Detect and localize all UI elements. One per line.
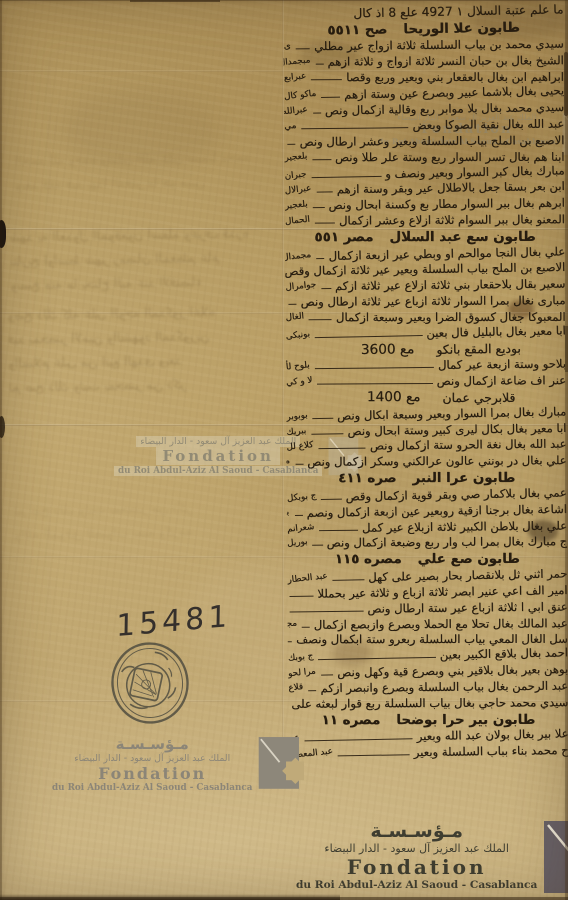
register-line-text: عنر اف ضاعة ازكمال ونص [437, 373, 566, 388]
ledger-rule-line [312, 159, 331, 160]
margin-note: بربك [287, 508, 290, 519]
ledger-rule-line [295, 515, 303, 516]
register-line: عبد المالك بغال تحلا مع الحملا وبصرع واز… [288, 614, 568, 632]
page-edge [0, 0, 568, 1]
ledger-rule-line [302, 627, 310, 628]
ledger-rule-line [290, 611, 364, 613]
margin-note: الحمال [285, 216, 310, 227]
ledger-rule-line [333, 579, 365, 581]
watermark-org-arabic-subtitle: الملك عبد العزيز آل سعود - الدار البيضاء [136, 436, 300, 447]
ledger-rule-line [311, 433, 343, 434]
foundation-logo-icon [543, 820, 568, 897]
register-line: ج مبارك بغال بمرا لب وار ربع وضبعة ازكما… [287, 533, 567, 551]
register-line-text: بلاحو وستة ازبعة عير كمال [438, 357, 566, 372]
register-line-text: قلابرجي عمان [442, 390, 515, 405]
amount-annotation: مصره ١١ [322, 712, 381, 727]
margin-note: بلعجير [284, 152, 307, 163]
ledger-rule-line [315, 64, 323, 65]
manuscript-text-column: ما علم عتبة السلال ١ 4927 علع 8 اذ كالطا… [283, 2, 568, 760]
margin-note: عبرالال [285, 185, 312, 197]
amount-annotation: مصر ٥٥١ [314, 230, 373, 245]
register-line-text: عبد المالك بغال تحلا مع الحملا وبصرع واز… [314, 616, 568, 632]
ledger-rule-line [318, 658, 435, 661]
watermark-org-french: Fondation [156, 447, 280, 465]
register-line: ح محمد بناء بباب السلسلة وبعيرعبد المعطي [288, 741, 568, 761]
bleedthrough-line: والله الموفق للصواب بمنه وكرمه [14, 520, 224, 548]
margin-note: مجمدال [285, 250, 312, 262]
bleedthrough-line: ونسخ منه ما يحتاج اليه عند الاقتضاء [10, 270, 275, 299]
ledger-rule-line [321, 675, 333, 676]
margin-note: لا و كي [286, 377, 313, 388]
bleedthrough-line: ثم صح ذلك وثبت بمحضر من ذكر [8, 371, 298, 400]
round-seal-stamp-icon [104, 636, 197, 730]
ledger-rule-line [315, 335, 422, 338]
register-line-text: الشيخ بغال بن حبان النسر ثلاثة ازواج و ث… [327, 53, 563, 68]
register-line-text: طابون عرا النبر [412, 471, 515, 486]
register-line-text: المعنو بغال ببر السوام ثلاثة ازلاع وعشر … [339, 212, 565, 227]
amount-annotation: صح ٥٥١١ [327, 22, 387, 38]
register-line-text: عبد الله بغال نقية الصوكا وبعض [412, 116, 564, 132]
ledger-rule-line [288, 144, 296, 145]
margin-note: عبرالله [284, 105, 308, 117]
bleedthrough-text: شهد به العدول الموقعون اسفله وعرف قدرهبت… [9, 222, 275, 299]
register-line-text: ح محمد بناء بباب السلسلة وبعير [414, 743, 568, 759]
amount-annotation: صره ٤١١ [338, 471, 396, 486]
margin-note: جبران [284, 170, 306, 181]
margin-note: بوبوبر [286, 411, 308, 422]
ledger-rule-line [317, 384, 432, 386]
ledger-rule-line [295, 465, 303, 466]
bleedthrough-text: ثم صح ذلك وثبت بمحضر من ذكروالله الموفق … [14, 496, 225, 548]
ledger-rule-line [313, 208, 325, 209]
page-edge [0, 0, 2, 900]
watermark-org-arabic: مـؤسـسـة [116, 735, 189, 753]
ledger-rule-line [316, 192, 332, 193]
margin-note: ج بوبك [288, 652, 314, 664]
amount-annotation: مصره ١١٥ [335, 552, 402, 567]
margin-note: قلاع الى [288, 683, 304, 695]
ledger-rule-line [311, 80, 342, 81]
margin-note: مرا لحو [288, 668, 316, 680]
register-line-text: بوديع المقع بانكو [436, 340, 521, 356]
ledger-rule-line [305, 739, 413, 742]
register-line-text: سيدي محمد حاجي بغال بياب السلسلة ربع قوا… [288, 695, 568, 711]
edge-tear [564, 52, 568, 116]
margin-note: شعرانم [287, 522, 315, 534]
register-line-text: علي بغال در بونني عالون عرالكني وسكر ازك… [307, 453, 566, 469]
bleedthrough-line: شهد به العدول الموقعون اسفله وعرف قدره [9, 222, 274, 251]
bleedthrough-line: والسلام على من اتبع الهدى وبعد [8, 347, 298, 376]
torn-notch [0, 220, 6, 248]
ledger-rule-line [313, 545, 323, 546]
register-line-text: ج مبارك بغال بمرا لب وار ربع وضبعة ازكما… [327, 534, 568, 549]
ledger-rule-line [309, 320, 332, 321]
margin-note: بونبكى [286, 330, 311, 342]
page-edge [130, 0, 220, 2]
ledger-rule-line [319, 530, 358, 531]
ledger-rule-line [318, 449, 366, 450]
margin-note: محمر [287, 457, 291, 468]
torn-notch [0, 416, 5, 438]
register-line-text: مبارى نغال بمرا السوار ثلاثة ازباع عير ث… [301, 293, 566, 309]
watermark-org-french-subtitle: du Roi Abdul-Aziz Al Saoud - Casablanca [296, 879, 537, 891]
margin-note: مبجمدال [284, 57, 311, 69]
margin-note: عبد المعطي [288, 748, 333, 761]
register-line: سيدي محمد حاجي بغال بياب السلسلة ربع قوا… [288, 693, 568, 711]
register-line: مبارى نغال بمرا السوار ثلاثة ازباع عير ث… [285, 291, 565, 309]
foundation-watermark-bottom-left: مـؤسـسـة الملك عبد العزيز آل سعود - الدا… [52, 735, 304, 793]
watermark-org-arabic: مـؤسـسـة [370, 820, 463, 842]
watermark-org-french: Fondation [98, 764, 206, 783]
register-line-text: عنق ابي ا ثلاثة ازباع عير ستة ارطال ونص [367, 599, 567, 615]
bleedthrough-line: ثم صح ذلك وثبت بمحضر من ذكر [14, 496, 224, 524]
watermark-org-arabic-subtitle: الملك عبد العزيز آل سعود - الدار البيضاء [324, 842, 509, 855]
register-line: علي بغال در بونني عالون عرالكني وسكر ازك… [287, 452, 567, 470]
register-line-text: الاصبع بن الملح بياب السلسلة وبعير وعشر … [300, 133, 565, 149]
ledger-rule-line [321, 499, 341, 500]
page-edge [0, 894, 340, 900]
margin-note: جوامرال [285, 281, 316, 293]
register-line: عنق ابي ا ثلاثة ازباع عير ستة ارطال ونص [287, 597, 567, 616]
ledger-rule-line [315, 223, 335, 224]
margin-note: عبد الحطار [287, 572, 328, 585]
watermark-org-french-subtitle: du Roi Abdul-Aziz Al Saoud - Casablanca [52, 783, 252, 793]
margin-note: بلوح لأ [286, 362, 310, 373]
margin-note: عبرابع [284, 72, 307, 83]
margin-note: ماكو كال [284, 90, 317, 102]
bleedthrough-line: قيد بمحضر الامين والشهود المذكورين [8, 323, 298, 352]
margin-note: ى [284, 42, 291, 52]
bleedthrough-text: وصح ذلك كله على الوجه المذكور اعلاهقيد ب… [7, 299, 299, 400]
ledger-rule-line [317, 258, 325, 259]
register-line: عنر اف ضاعة ازكمال ونصلا و كي [286, 371, 566, 389]
register-line: عبد الله بغال نقية الصوكا وبعضمي [284, 114, 564, 133]
bleedthrough-line: وبعد فقد قيد بهذا الدفتر ما هو مبين [15, 170, 265, 198]
ledger-rule-line [313, 113, 321, 114]
ledger-rule-line [313, 418, 334, 419]
bleedthrough-line: الحمد لله وحده وصلى الله على سيدنا محمد [15, 146, 265, 174]
ledger-rule-line [308, 691, 316, 692]
ledger-rule-line [296, 49, 310, 50]
bleedthrough-line: وصح ذلك كله على الوجه المذكور اعلاه [7, 299, 297, 328]
margin-note: ببريك [286, 426, 306, 437]
margin-note: ج بوبكل [287, 492, 317, 504]
register-line: الشيخ بغال بن حبان النسر ثلاثة ازواج و ث… [284, 51, 564, 69]
ledger-rule-line [288, 642, 292, 643]
bleedthrough-text: الحمد لله وحده وصلى الله على سيدنا محمدو… [15, 146, 266, 198]
register-line: المعنو بغال ببر السوام ثلاثة ازلاع وعشر … [285, 210, 565, 228]
margin-note: مي [284, 122, 297, 132]
margin-note: بوريل [287, 538, 308, 549]
watermark-org-french: Fondation [347, 855, 487, 879]
ledger-rule-line [311, 176, 381, 178]
manuscript-page: الحمد لله وحده وصلى الله على سيدنا محمدو… [0, 0, 568, 900]
ledger-rule-line [301, 127, 408, 129]
amount-annotation: مع 1400 [367, 389, 420, 405]
register-line: الاصبع بن الملح بياب السلسلة وبعير وعشر … [284, 131, 564, 149]
ledger-rule-line [338, 755, 410, 757]
paper-stain [60, 90, 220, 170]
margin-note: بلعجير [285, 200, 308, 211]
margin-note: مجبل ال [288, 619, 297, 631]
ledger-rule-line [321, 289, 331, 290]
watermark-org-arabic-subtitle: الملك عبد العزيز آل سعود - الدار البيضاء [74, 753, 230, 764]
ledger-rule-line [289, 304, 297, 305]
margin-note: كلاع لل [286, 441, 313, 453]
ledger-rule-line [315, 368, 434, 370]
margin-note: عم [288, 734, 300, 744]
bleedthrough-line: بتاريخ اواسط شهر رمضان المعظم عام [10, 246, 275, 275]
foundation-watermark-bottom-right: مـؤسـسـة الملك عبد العزيز آل سعود - الدا… [296, 820, 568, 897]
amount-annotation: مع 3600 [361, 341, 415, 358]
ledger-rule-line [290, 596, 314, 597]
ledger-rule-line [321, 97, 340, 98]
margin-note: الغال [286, 312, 305, 323]
